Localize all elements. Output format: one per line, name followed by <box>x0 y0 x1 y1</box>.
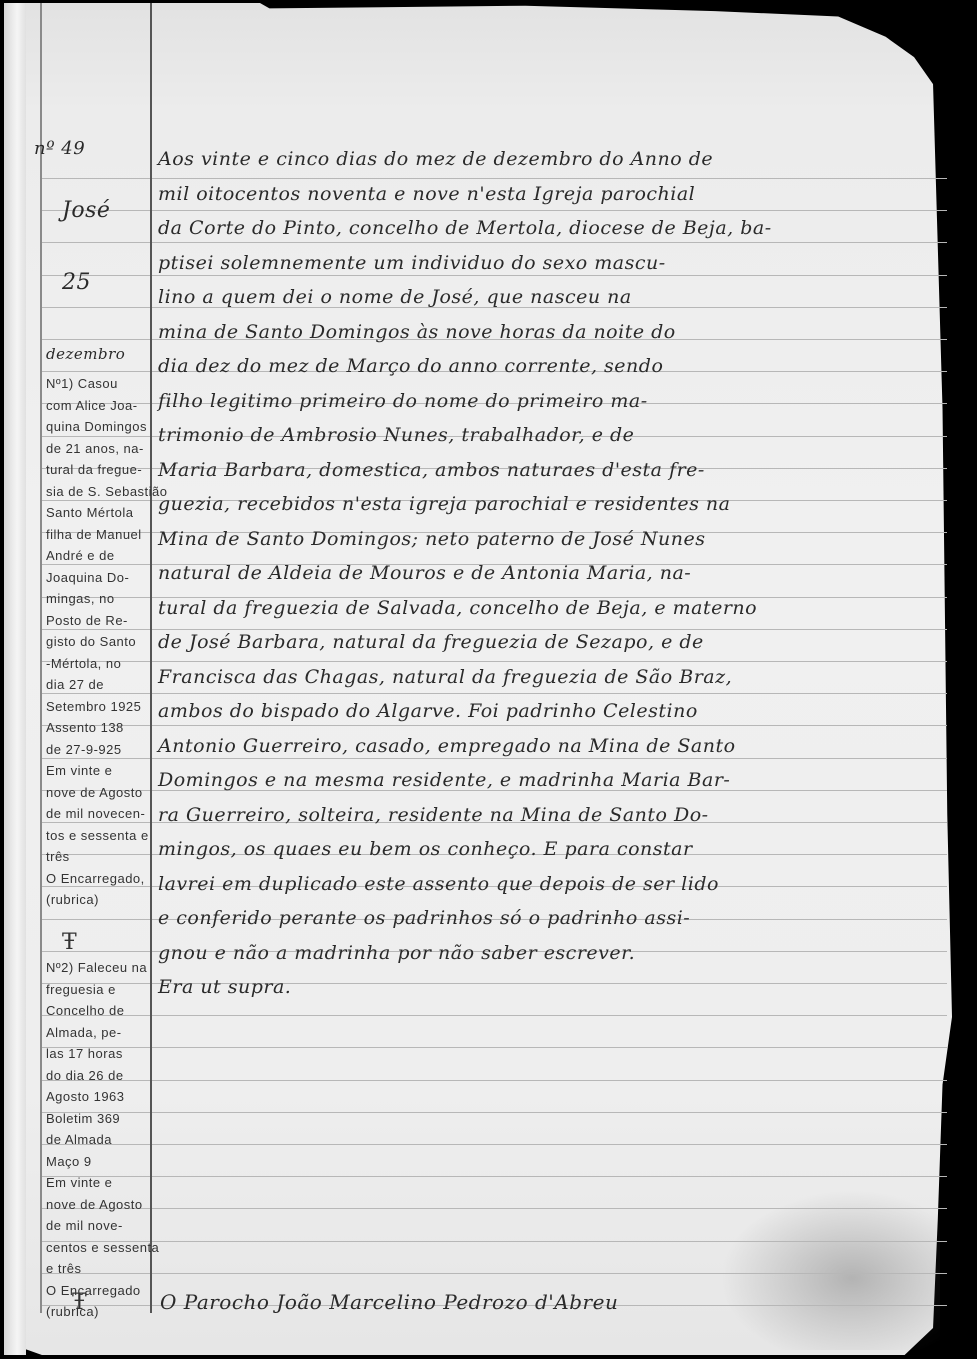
record-line: Maria Barbara, domestica, ambos naturaes… <box>158 459 705 481</box>
margin-note-line: (rubrica) <box>46 892 99 907</box>
record-line: mingos, os quaes eu bem os conheço. E pa… <box>158 838 693 860</box>
record-line: ra Guerreiro, solteira, residente na Min… <box>158 804 709 826</box>
ruled-line <box>42 1208 947 1209</box>
record-line: dia dez do mez de Março do anno corrente… <box>158 355 663 377</box>
margin-note-line: -Mértola, no <box>46 656 121 671</box>
ruled-line <box>42 242 947 243</box>
margin-note-line: Em vinte e <box>46 1175 112 1190</box>
paper-stain <box>720 1190 940 1350</box>
margin-note-line: Assento 138 <box>46 720 124 735</box>
margin-note-line: freguesia e <box>46 982 116 997</box>
ruled-line <box>42 1176 947 1177</box>
ruled-line <box>42 210 947 211</box>
margin-note-line: mingas, no <box>46 591 115 606</box>
record-line: ptisei solemnemente um individuo do sexo… <box>158 252 666 274</box>
margin-note-line: O Encarregado, <box>46 871 145 886</box>
margin-note-line: filha de Manuel <box>46 527 142 542</box>
margin-rule-outer <box>40 3 42 1313</box>
margin-note-line: dia 27 de <box>46 677 104 692</box>
margin-note-line: Almada, pe- <box>46 1025 122 1040</box>
margin-note-line: Nº1) Casou <box>46 376 118 391</box>
ruled-line <box>42 1144 947 1145</box>
margin-note-line: Joaquina Do- <box>46 570 129 585</box>
margin-note-line: tos e sessenta e <box>46 828 149 843</box>
record-line: lino a quem dei o nome de José, que nasc… <box>158 286 632 308</box>
margin-name: José <box>62 198 110 223</box>
margin-month: dezembro <box>46 345 125 363</box>
record-line: Era ut supra. <box>158 976 291 998</box>
ruled-line <box>42 661 947 662</box>
margin-rule-inner <box>150 3 152 1313</box>
margin-note-line: Concelho de <box>46 1003 125 1018</box>
record-line: Antonio Guerreiro, casado, empregado na … <box>158 735 736 757</box>
margin-note-line: de Almada <box>46 1132 112 1147</box>
record-line: Aos vinte e cinco dias do mez de dezembr… <box>158 148 713 170</box>
record-line: Mina de Santo Domingos; neto paterno de … <box>158 528 705 550</box>
margin-note-line: centos e sessenta <box>46 1240 159 1255</box>
margin-note-line: tural da fregue- <box>46 462 142 477</box>
record-line: mina de Santo Domingos às nove horas da … <box>158 321 676 343</box>
record-line: tural da freguezia de Salvada, concelho … <box>158 597 757 619</box>
margin-note-line: nove de Agosto <box>46 1197 143 1212</box>
record-line: filho legitimo primeiro do nome do prime… <box>158 390 648 412</box>
margin-note-line: O Encarregado <box>46 1283 141 1298</box>
record-line: trimonio de Ambrosio Nunes, trabalhador,… <box>158 424 634 446</box>
record-line: e conferido perante os padrinhos só o pa… <box>158 907 690 929</box>
margin-note-line: Setembro 1925 <box>46 699 141 714</box>
ruled-line <box>42 1112 947 1113</box>
margin-note-line: Maço 9 <box>46 1154 92 1169</box>
margin-note-line: com Alice Joa- <box>46 398 138 413</box>
margin-note-line: três <box>46 849 70 864</box>
ruled-line <box>42 1047 947 1048</box>
margin-note-line: de 27-9-925 <box>46 742 122 757</box>
record-line: da Corte do Pinto, concelho de Mertola, … <box>158 217 772 239</box>
ruled-line <box>42 725 947 726</box>
margin-note-line: André e de <box>46 548 115 563</box>
ruled-line <box>42 178 947 179</box>
initials-mark-1: Ŧ <box>62 930 77 955</box>
margin-note-line: nove de Agosto <box>46 785 143 800</box>
binding-edge <box>4 3 26 1355</box>
record-line: ambos do bispado do Algarve. Foi padrinh… <box>158 700 698 722</box>
margin-note-line: Santo Mértola <box>46 505 133 520</box>
ruled-line <box>42 275 947 276</box>
margin-note-line: Nº2) Faleceu na <box>46 960 147 975</box>
ruled-line <box>42 758 947 759</box>
record-line: guezia, recebidos n'esta igreja parochia… <box>158 493 731 515</box>
margin-note-line: Boletim 369 <box>46 1111 120 1126</box>
ruled-line <box>42 1080 947 1081</box>
margin-note-line: las 17 horas <box>46 1046 123 1061</box>
ruled-line <box>42 693 947 694</box>
record-line: natural de Aldeia de Mouros e de Antonia… <box>158 562 691 584</box>
margin-note-line: de mil nove- <box>46 1218 123 1233</box>
ruled-line <box>42 1015 947 1016</box>
record-line: mil oitocentos noventa e nove n'esta Igr… <box>158 183 695 205</box>
margin-note-line: de 21 anos, na- <box>46 441 144 456</box>
margin-note-line: gisto do Santo <box>46 634 136 649</box>
margin-note-line: do dia 26 de <box>46 1068 124 1083</box>
record-line: lavrei em duplicado este assento que dep… <box>158 873 719 895</box>
record-line: Francisca das Chagas, natural da freguez… <box>158 666 732 688</box>
record-line: de José Barbara, natural da freguezia de… <box>158 631 704 653</box>
margin-note-line: sia de S. Sebastião <box>46 484 168 499</box>
margin-note-line: Agosto 1963 <box>46 1089 125 1104</box>
entry-number: nº 49 <box>34 138 85 159</box>
margin-note-line: quina Domingos <box>46 419 147 434</box>
margin-day: 25 <box>62 270 91 295</box>
margin-note-line: e três <box>46 1261 82 1276</box>
ruled-line <box>42 1273 947 1274</box>
priest-signature: O Parocho João Marcelino Pedrozo d'Abreu <box>160 1290 618 1314</box>
ruled-line <box>42 629 947 630</box>
ruled-line <box>42 1241 947 1242</box>
record-line: gnou e não a madrinha por não saber escr… <box>158 942 635 964</box>
record-line: Domingos e na mesma residente, e madrinh… <box>158 769 730 791</box>
margin-note-line: de mil novecen- <box>46 806 145 821</box>
margin-note-line: Posto de Re- <box>46 613 128 628</box>
margin-note-line: Em vinte e <box>46 763 112 778</box>
initials-mark-2: Ŧ <box>72 1290 87 1315</box>
